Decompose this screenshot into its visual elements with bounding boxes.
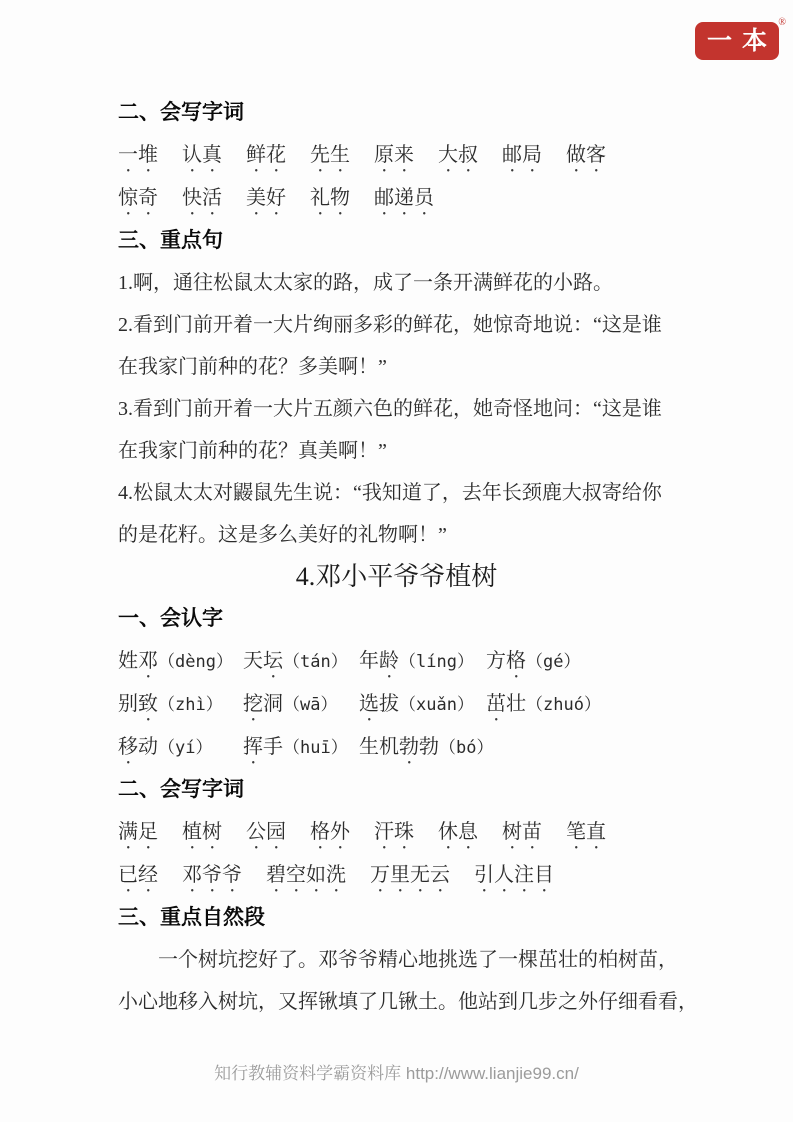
lesson3-write-words-list: 一堆认真鲜花先生原来大叔邮局做客惊奇快活美好礼物邮递员 <box>118 134 675 220</box>
recognize-char: 挖 <box>243 693 263 715</box>
recognize-char: 壮 <box>506 693 526 715</box>
recognize-entry: 挖洞（wā） <box>243 683 359 726</box>
pinyin-annotation: （huī） <box>283 738 348 758</box>
vocab-word: 美好 <box>246 177 286 220</box>
vocab-word: 邮递员 <box>374 177 434 220</box>
recognize-char: 选 <box>359 693 379 715</box>
sentence-line: 2.看到门前开着一大片绚丽多彩的鲜花，她惊奇地说：“这是谁 <box>118 304 675 346</box>
lesson4-key-paragraph: 一个树坑挖好了。邓爷爷精心地挑选了一棵茁壮的柏树苗，小心地移入树坑，又挥锹填了几… <box>118 939 675 1023</box>
pinyin-annotation: （zhuó） <box>526 695 601 715</box>
pinyin-annotation: （gé） <box>526 652 580 672</box>
key-sentence: 2.看到门前开着一大片绚丽多彩的鲜花，她惊奇地说：“这是谁在我家门前种的花？多美… <box>118 304 675 388</box>
vocab-word: 鲜花 <box>246 134 286 177</box>
word-row: 已经邓爷爷碧空如洗万里无云引人注目 <box>118 854 675 897</box>
sentence-line: 4.松鼠太太对鼹鼠先生说：“我知道了，去年长颈鹿大叔寄给你 <box>118 472 675 514</box>
paragraph-line: 小心地移入树坑，又挥锹填了几锹土。他站到几步之外仔细看看， <box>118 981 675 1023</box>
recognize-char: 挥 <box>243 736 263 758</box>
recognize-char: 勃 <box>399 736 419 758</box>
recognize-char: 动 <box>138 736 158 758</box>
word-row: 一堆认真鲜花先生原来大叔邮局做客 <box>118 134 675 177</box>
vocab-word: 公园 <box>246 811 286 854</box>
vocab-word: 万里无云 <box>370 854 450 897</box>
paragraph-line: 一个树坑挖好了。邓爷爷精心地挑选了一棵茁壮的柏树苗， <box>118 939 675 981</box>
recognize-char: 天 <box>243 650 263 672</box>
vocab-word: 原来 <box>374 134 414 177</box>
recognize-char: 龄 <box>379 650 399 672</box>
vocab-word: 大叔 <box>438 134 478 177</box>
vocab-word: 格外 <box>310 811 350 854</box>
recognize-entry: 选拔（xuǎn） <box>359 683 486 726</box>
vocab-word: 邓爷爷 <box>182 854 242 897</box>
lesson4-recognize-list: 姓邓（dèng）天坛（tán）年龄（líng）方格（gé）别致（zhì）挖洞（w… <box>118 640 675 769</box>
vocab-word: 树苗 <box>502 811 542 854</box>
sentence-line: 的是花籽。这是多么美好的礼物啊！” <box>118 514 675 556</box>
pinyin-annotation: （dèng） <box>158 652 233 672</box>
recognize-entry: 方格（gé） <box>486 640 675 683</box>
vocab-word: 已经 <box>118 854 158 897</box>
recognize-entry: 别致（zhì） <box>118 683 243 726</box>
vocab-word: 做客 <box>566 134 606 177</box>
pinyin-annotation: （xuǎn） <box>399 695 474 715</box>
vocab-word: 邮局 <box>502 134 542 177</box>
lesson3-key-sentences: 1.啊，通往松鼠太太家的路，成了一条开满鲜花的小路。2.看到门前开着一大片绚丽多… <box>118 262 675 556</box>
key-sentence: 3.看到门前开着一大片五颜六色的鲜花，她奇怪地问：“这是谁在我家门前种的花？真美… <box>118 388 675 472</box>
recognize-char: 年 <box>359 650 379 672</box>
vocab-word: 快活 <box>182 177 222 220</box>
recognize-char: 邓 <box>138 650 158 672</box>
recognize-char: 茁 <box>486 693 506 715</box>
sentence-line: 3.看到门前开着一大片五颜六色的鲜花，她奇怪地问：“这是谁 <box>118 388 675 430</box>
recognize-char: 方 <box>486 650 506 672</box>
recognize-char: 移 <box>118 736 138 758</box>
pinyin-row: 移动（yí）挥手（huī）生机勃勃（bó） <box>118 726 675 769</box>
vocab-word: 休息 <box>438 811 478 854</box>
vocab-word: 笔直 <box>566 811 606 854</box>
recognize-char: 坛 <box>263 650 283 672</box>
sentence-line: 1.啊，通往松鼠太太家的路，成了一条开满鲜花的小路。 <box>118 262 675 304</box>
recognize-char: 致 <box>138 693 158 715</box>
recognize-char: 姓 <box>118 650 138 672</box>
recognize-char: 勃 <box>419 736 439 758</box>
pinyin-row: 姓邓（dèng）天坛（tán）年龄（líng）方格（gé） <box>118 640 675 683</box>
recognize-char: 机 <box>379 736 399 758</box>
recognize-entry: 天坛（tán） <box>243 640 359 683</box>
recognize-char: 生 <box>359 736 379 758</box>
brand-logo-text: 一本 <box>697 29 777 54</box>
lesson4-key-paragraph-heading: 三、重点自然段 <box>118 897 675 939</box>
footer-source-link: 知行教辅资料学霸资料库 http://www.lianjie99.cn/ <box>0 1062 793 1086</box>
registered-trademark-icon: ® <box>778 17 786 28</box>
lesson4-recognize-heading: 一、会认字 <box>118 598 675 640</box>
document-page: 一本 ® 二、会写字词 一堆认真鲜花先生原来大叔邮局做客惊奇快活美好礼物邮递员 … <box>0 0 793 1122</box>
brand-logo: 一本 ® <box>695 22 779 60</box>
recognize-char: 洞 <box>263 693 283 715</box>
recognize-entry: 挥手（huī） <box>243 726 359 769</box>
pinyin-annotation: （líng） <box>399 652 474 672</box>
sentence-line: 在我家门前种的花？多美啊！” <box>118 346 675 388</box>
recognize-entry: 茁壮（zhuó） <box>486 683 675 726</box>
recognize-entry: 姓邓（dèng） <box>118 640 243 683</box>
pinyin-annotation: （wā） <box>283 695 337 715</box>
lesson3-key-sentences-heading: 三、重点句 <box>118 220 675 262</box>
pinyin-annotation: （zhì） <box>158 695 223 715</box>
pinyin-annotation: （yí） <box>158 738 212 758</box>
vocab-word: 碧空如洗 <box>266 854 346 897</box>
recognize-char: 手 <box>263 736 283 758</box>
vocab-word: 惊奇 <box>118 177 158 220</box>
vocab-word: 先生 <box>310 134 350 177</box>
recognize-entry: 生机勃勃（bó） <box>359 726 486 769</box>
lesson4-write-words-list: 满足植树公园格外汗珠休息树苗笔直已经邓爷爷碧空如洗万里无云引人注目 <box>118 811 675 897</box>
vocab-word: 一堆 <box>118 134 158 177</box>
vocab-word: 汗珠 <box>374 811 414 854</box>
vocab-word: 引人注目 <box>474 854 554 897</box>
pinyin-annotation: （tán） <box>283 652 348 672</box>
recognize-entry: 年龄（líng） <box>359 640 486 683</box>
vocab-word: 礼物 <box>310 177 350 220</box>
lesson4-write-words-heading: 二、会写字词 <box>118 769 675 811</box>
recognize-char: 别 <box>118 693 138 715</box>
vocab-word: 植树 <box>182 811 222 854</box>
pinyin-annotation: （bó） <box>439 738 493 758</box>
page-content: 二、会写字词 一堆认真鲜花先生原来大叔邮局做客惊奇快活美好礼物邮递员 三、重点句… <box>118 92 675 1023</box>
recognize-char: 拔 <box>379 693 399 715</box>
pinyin-row: 别致（zhì）挖洞（wā）选拔（xuǎn）茁壮（zhuó） <box>118 683 675 726</box>
sentence-line: 在我家门前种的花？真美啊！” <box>118 430 675 472</box>
key-sentence: 4.松鼠太太对鼹鼠先生说：“我知道了，去年长颈鹿大叔寄给你的是花籽。这是多么美好… <box>118 472 675 556</box>
recognize-entry: 移动（yí） <box>118 726 243 769</box>
vocab-word: 满足 <box>118 811 158 854</box>
word-row: 满足植树公园格外汗珠休息树苗笔直 <box>118 811 675 854</box>
key-sentence: 1.啊，通往松鼠太太家的路，成了一条开满鲜花的小路。 <box>118 262 675 304</box>
word-row: 惊奇快活美好礼物邮递员 <box>118 177 675 220</box>
vocab-word: 认真 <box>182 134 222 177</box>
recognize-char: 格 <box>506 650 526 672</box>
lesson4-title: 4.邓小平爷爷植树 <box>118 556 675 598</box>
lesson3-write-words-heading: 二、会写字词 <box>118 92 675 134</box>
